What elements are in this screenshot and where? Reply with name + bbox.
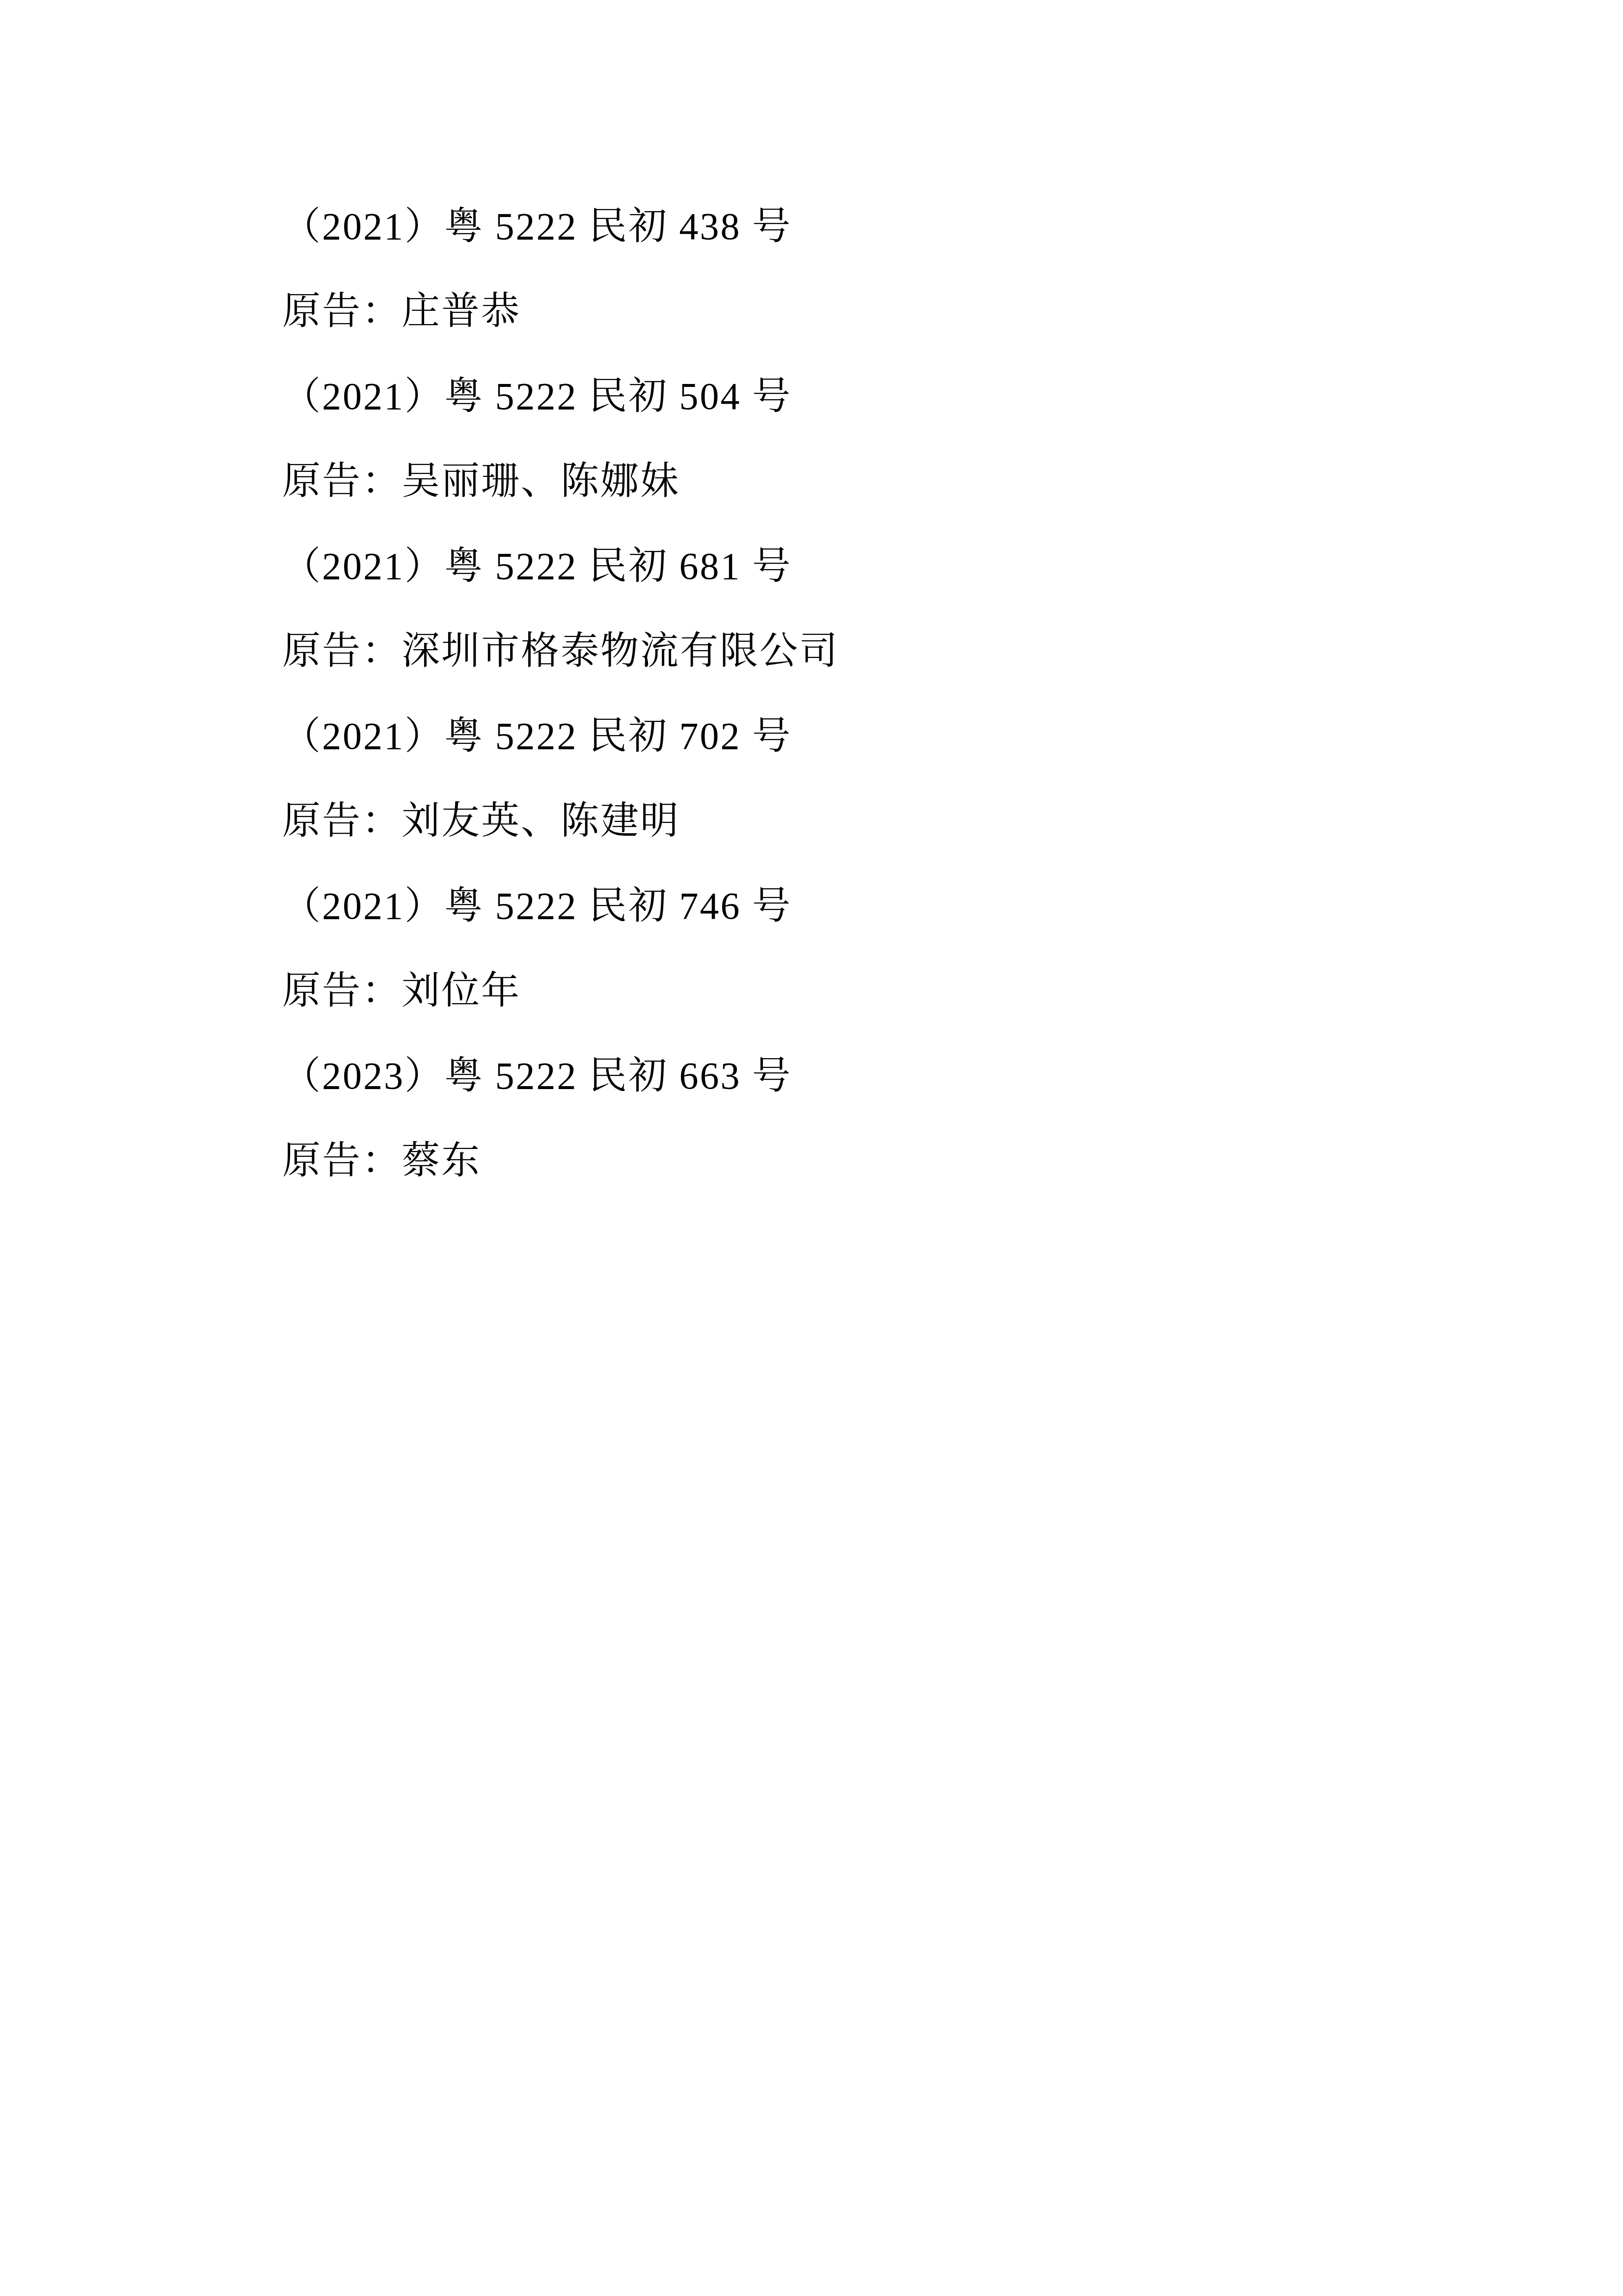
plaintiff-line: 原告：刘友英、陈建明	[282, 778, 839, 863]
case-number-line: （2021）粤 5222 民初 438 号	[282, 184, 839, 269]
case-number-line: （2023）粤 5222 民初 663 号	[282, 1033, 839, 1118]
plaintiff-line: 原告：蔡东	[282, 1118, 839, 1203]
case-number-line: （2021）粤 5222 民初 746 号	[282, 863, 839, 948]
document-page: （2021）粤 5222 民初 438 号 原告：庄普恭 （2021）粤 522…	[0, 0, 1623, 2296]
plaintiff-line: 原告：吴丽珊、陈娜妹	[282, 438, 839, 523]
case-number-line: （2021）粤 5222 民初 702 号	[282, 693, 839, 778]
case-number-line: （2021）粤 5222 民初 681 号	[282, 523, 839, 608]
case-number-line: （2021）粤 5222 民初 504 号	[282, 354, 839, 438]
case-list: （2021）粤 5222 民初 438 号 原告：庄普恭 （2021）粤 522…	[282, 184, 839, 1203]
plaintiff-line: 原告：庄普恭	[282, 269, 839, 354]
plaintiff-line: 原告：深圳市格泰物流有限公司	[282, 608, 839, 693]
plaintiff-line: 原告：刘位年	[282, 948, 839, 1033]
